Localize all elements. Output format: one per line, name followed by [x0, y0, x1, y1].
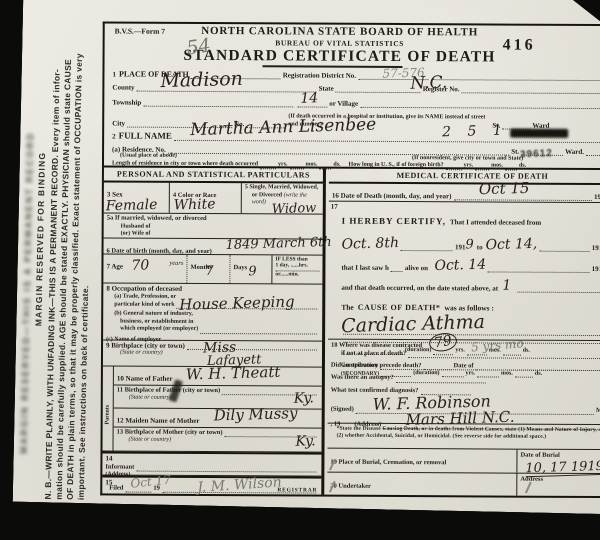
operation-label: Did an operation precede death?	[331, 362, 422, 371]
to-label: to	[477, 243, 483, 251]
dotted-leader	[423, 369, 451, 371]
certify-number: 17	[331, 203, 338, 211]
residence-ward-label: Ward.	[565, 148, 584, 156]
undertaker-label: Undertaker	[338, 483, 371, 490]
undertaker-address-cell: Address	[517, 474, 600, 497]
age-years-cell: 7 Age 70 years	[103, 255, 187, 283]
burial-place-cell: 19 Place of Burial, Cremation, or remova…	[327, 448, 517, 472]
township-value-handwritten: 14	[300, 91, 318, 106]
mother-bp-number: 13	[117, 428, 124, 435]
cause-label-1: The	[341, 303, 354, 312]
undertaker-cell: 20 Undertaker	[327, 473, 517, 496]
disease-contracted-row: 18 Where was disease contracted if not a…	[328, 340, 600, 426]
undertaker-address-label: Address	[520, 476, 600, 485]
age-years-value-handwritten: 70	[131, 259, 149, 274]
where-number: 18	[331, 342, 338, 349]
full-name-number: 2	[112, 132, 116, 140]
filed-date-handwritten: Oct 17	[130, 474, 171, 490]
dob-number: 6	[107, 248, 110, 255]
where-label-2: if not at place of death?	[341, 350, 406, 358]
full-name-label: FULL NAME	[119, 131, 172, 141]
mother-bp-sub-label: (State or country)	[117, 437, 319, 446]
father-name-row: 10 Name of Father W. H. Theatt	[114, 366, 322, 386]
name-scribble-handwritten: 2 5 1	[442, 123, 508, 139]
age-days-value-handwritten: 9	[248, 266, 257, 279]
occupation-row: 8 Occupation of deceased (a) Trade, Prof…	[103, 283, 322, 341]
alive-on-label: alive on	[405, 264, 428, 272]
certify-row: 17 I HEREBY CERTIFY, That I attended dec…	[328, 202, 600, 342]
board-title: NORTH CAROLINA STATE BOARD OF HEALTH	[175, 25, 505, 39]
dotted-leader	[143, 105, 293, 108]
occupation-a-label-2: particular kind of work	[114, 301, 174, 309]
md-label: M. D.	[596, 407, 600, 415]
mother-bp-label: Birthplace of Mother (city or town)	[125, 428, 223, 436]
age-row: 7 Age 70 years Months 7 Days 9	[103, 255, 322, 285]
place-of-death-number: 1	[112, 70, 116, 78]
margin-binding-note: MARGIN RESERVED FOR BINDING	[33, 152, 47, 327]
residence-sub-label: (Usual place of abode)	[120, 153, 177, 161]
dob-row: 6 Date of birth (month, day, and year) 1…	[104, 239, 323, 256]
parents-strip: Parents	[102, 366, 113, 450]
dod-value-handwritten: Oct 15	[479, 181, 530, 197]
occurred-at-handwritten: 1	[502, 278, 511, 292]
dotted-leader	[408, 356, 600, 359]
informant-number: 14	[105, 454, 318, 463]
from-year-digit-handwritten: 9	[465, 238, 474, 251]
if-less-label-2: 1 day, ......hrs.	[275, 263, 319, 269]
certificate-form: B.V.S.—Form 7 NORTH CAROLINA STATE BOARD…	[100, 21, 600, 498]
dotted-leader	[200, 332, 317, 335]
personal-column: 3 Sex Female 4 Color or Race White 5 Sin…	[102, 182, 326, 494]
or-village-label: or Village	[329, 100, 358, 108]
dotted-leader	[125, 491, 151, 493]
mother-bp-value-handwritten: Ky.	[295, 434, 315, 449]
signed-label: (Signed)	[331, 405, 354, 413]
mother-value-handwritten: Dily Mussy	[213, 406, 297, 423]
dotted-leader	[396, 380, 486, 382]
sex-value-handwritten: Female	[106, 198, 158, 214]
state-label: State	[319, 85, 334, 93]
last-saw-value-handwritten: Oct. 14	[434, 258, 486, 274]
filed-number: 15	[105, 478, 112, 486]
saw-year-prefix: 191	[592, 265, 600, 273]
to-year-prefix: 191	[592, 244, 600, 252]
dotted-leader	[401, 249, 453, 251]
mother-label: Maiden Name of Mother	[125, 416, 199, 424]
last-saw-label: that I last saw h	[341, 264, 388, 272]
age-label: Age	[111, 263, 123, 271]
father-number: 10	[117, 374, 124, 382]
father-value-handwritten: W. H. Theatt	[186, 365, 281, 383]
age-number: 7	[106, 263, 110, 271]
birthplace-number: 9	[106, 342, 110, 350]
birthplace-row: 9 Birthplace (city or town) (State or co…	[103, 340, 322, 367]
medical-section-header: MEDICAL CERTIFICATE OF DEATH	[329, 169, 600, 186]
marital-detail-label: If married, widowed, or divorced	[115, 215, 207, 222]
registration-district-label: Registration District No.	[283, 71, 356, 79]
dod-number: 16	[332, 192, 339, 200]
dotted-leader	[539, 250, 590, 252]
margin-smudged-text: MARGIN RESERVED—THIS IS A PERMANENT RECO…	[19, 132, 36, 454]
certify-line1b: That I attended deceased from	[450, 218, 541, 226]
certify-line1a: I HEREBY CERTIFY,	[342, 216, 446, 227]
dotted-leader	[488, 270, 590, 273]
father-bp-number: 11	[117, 386, 123, 393]
ink-smudge	[510, 129, 568, 138]
county-value-handwritten: Madison	[160, 70, 243, 91]
dotted-leader	[336, 91, 421, 93]
marital-label: Single, Married, Widowed,	[249, 184, 318, 190]
dotted-leader	[453, 198, 592, 201]
occupation-b-label-3: which employed (or employer)	[120, 326, 198, 334]
full-name-value-handwritten: Martha Ann Lisenbee	[190, 117, 376, 140]
residence-st-label: St.	[511, 148, 519, 156]
particulars-table: PERSONAL AND STATISTICAL PARTICULARS MED…	[102, 165, 600, 496]
mother-name-row: 12 Maiden Name of Mother Dily Mussy	[114, 408, 322, 428]
death-occurred-label: and that death occurred, on the date sta…	[341, 284, 498, 293]
stamp-number: 39612	[520, 148, 553, 161]
autopsy-label: Was there an autopsy?	[331, 374, 394, 382]
certificate-paper: MARGIN RESERVED—THIS IS A PERMANENT RECO…	[13, 0, 600, 514]
filed-row: 15 Filed 19 Oct 17 J. M. Wilson REGISTRA…	[102, 475, 321, 494]
footnote-row: *State the Disease Causing Death, or in …	[328, 424, 600, 450]
date-of-death-row: 16 Date of Death (month, day, and year) …	[329, 184, 600, 204]
form-number: B.V.S.—Form 7	[115, 27, 165, 36]
dotted-leader	[174, 139, 600, 143]
mother-number: 12	[117, 416, 124, 424]
informant-label: Informant	[105, 463, 134, 471]
color-value-handwritten: White	[174, 197, 216, 212]
occupation-number: 8	[106, 285, 110, 293]
dotted-leader	[391, 270, 403, 272]
dod-label: Date of Death (month, day, and year)	[341, 192, 452, 201]
sex-cell: 3 Sex Female	[104, 182, 170, 213]
father-label: Name of Father	[126, 374, 173, 382]
cause-of-death-handwritten: Cardiac Athma	[341, 313, 485, 336]
age-months-value-handwritten: 7	[205, 265, 214, 278]
where-label: Where was disease contracted	[339, 342, 422, 349]
undertaker-row: 20 Undertaker Address	[327, 473, 600, 497]
marital-number: 5	[245, 184, 248, 190]
burial-label: Place of Burial, Cremation, or removal	[339, 458, 447, 466]
informant-row: 14 Informant (Address)	[102, 451, 321, 476]
burial-row: 19 Place of Burial, Cremation, or remova…	[327, 448, 600, 474]
attended-to-handwritten: Oct 14,	[485, 237, 537, 253]
sex-color-marital-row: 3 Sex Female 4 Color or Race White 5 Sin…	[104, 182, 323, 215]
age-days-cell: Days 9	[230, 256, 272, 284]
dod-year-prefix: 191	[594, 193, 600, 201]
certificate-number: 416	[503, 37, 536, 55]
occupation-label: Occupation of deceased	[112, 285, 182, 293]
dotted-leader	[462, 91, 600, 94]
occupation-value-handwritten: House Keeping	[179, 294, 295, 312]
dotted-leader	[475, 369, 600, 372]
color-cell: 4 Color or Race White	[170, 183, 242, 214]
dotted-leader	[360, 106, 600, 109]
dotted-leader	[517, 291, 600, 293]
personal-section-header: PERSONAL AND STATISTICAL PARTICULARS	[104, 167, 326, 183]
township-label: Township	[112, 98, 141, 106]
dotted-leader	[586, 154, 600, 156]
city-label: City	[112, 119, 125, 127]
if-less-label-3: or......min.	[275, 271, 319, 278]
handwritten-mark-54: 54	[185, 36, 212, 58]
age-months-cell: Months 7	[187, 255, 230, 283]
medical-column: 16 Date of Death (month, day, and year) …	[327, 184, 600, 496]
marital-cell: 5 Single, Married, Widowed, or Divorced …	[242, 183, 323, 214]
years-unit-label: years	[169, 260, 183, 268]
cause-footnote: *State the Disease Causing Death, or in …	[331, 425, 600, 442]
marital-detail-number: 5a	[107, 215, 114, 222]
age-less-cell: IF LESS than 1 day, ......hrs. or......m…	[272, 256, 322, 284]
from-year-prefix: 191	[455, 243, 466, 251]
dob-value-handwritten: 1849 March 6th	[225, 236, 331, 252]
burial-date-cell: Date of Burial 10, 17 1919	[517, 449, 600, 473]
father-bp-sub-label: (State or country)	[117, 395, 319, 404]
scanned-death-certificate: MARGIN RESERVED—THIS IS A PERMANENT RECO…	[0, 0, 600, 540]
days-label: Days	[233, 265, 247, 272]
date-of-label: Date of	[453, 363, 473, 371]
state-value-handwritten: N.C.	[410, 75, 447, 93]
mother-birthplace-row: 13 Birthplace of Mother (city or town) (…	[113, 427, 321, 451]
county-label: County	[112, 83, 134, 91]
parents-rows: 10 Name of Father W. H. Theatt 11 Birthp…	[113, 366, 321, 451]
attended-from-handwritten: Oct. 8th	[341, 236, 399, 252]
cause-label-2: CAUSE OF DEATH*	[358, 303, 441, 312]
parents-label: Parents	[105, 405, 113, 425]
dotted-leader	[432, 78, 600, 81]
marital-label-2: or Divorced	[252, 192, 282, 198]
parents-block: Parents 10 Name of Father W. H. Theatt 1…	[102, 366, 321, 452]
registrar-label: REGISTRAR	[277, 487, 317, 493]
